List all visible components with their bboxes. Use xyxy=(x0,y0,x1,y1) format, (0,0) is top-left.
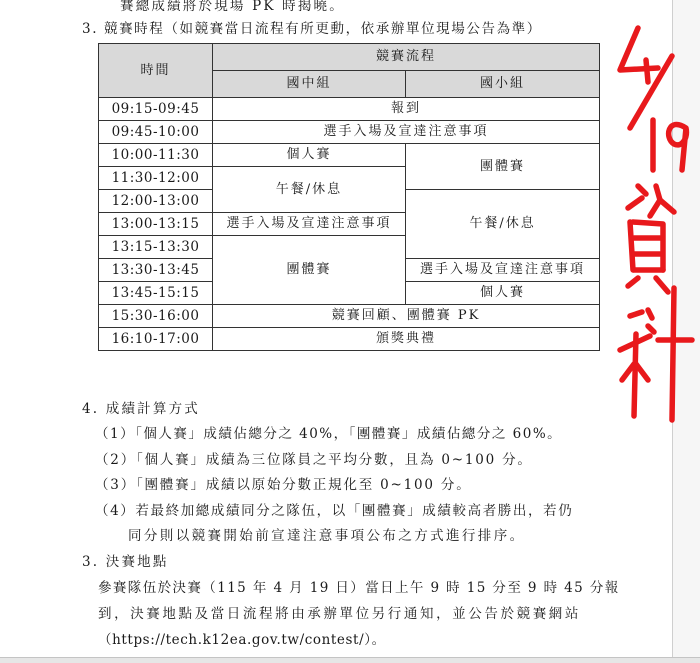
page-bottom-edge xyxy=(0,657,700,663)
jh-individual-cell: 個人賽 xyxy=(213,144,406,167)
time-cell: 11:30-12:00 xyxy=(99,167,213,190)
venue-line-1: 參賽隊伍於決賽（115 年 4 月 19 日）當日上午 9 時 15 分至 9 … xyxy=(98,579,620,597)
time-cell: 09:15-09:45 xyxy=(99,98,213,121)
schedule-table: 時間 競賽流程 國中組 國小組 09:15-09:45 報到 09:45-10:… xyxy=(98,43,600,351)
score-item-4-cont: 同分則以競賽開始前宣達注意事項公布之方式進行排序。 xyxy=(128,527,526,545)
score-item-4: （4）若最終加總成績同分之隊伍，以「團體賽」成績較高者勝出，若仍 xyxy=(95,502,573,520)
score-item-2: （2）「個人賽」成績為三位隊員之平均分數，且為 0~100 分。 xyxy=(95,451,533,469)
time-cell: 13:15-13:30 xyxy=(99,236,213,259)
time-cell: 13:45-15:15 xyxy=(99,282,213,305)
entrance-all-cell: 選手入場及宣達注意事項 xyxy=(213,121,600,144)
time-cell: 15:30-16:00 xyxy=(99,305,213,328)
time-cell: 12:00-13:00 xyxy=(99,190,213,213)
header-time: 時間 xyxy=(99,44,213,98)
header-flow: 競賽流程 xyxy=(213,44,600,71)
jh-team-cell: 團體賽 xyxy=(213,236,406,305)
venue-line-3: （https://tech.k12ea.gov.tw/contest/）。 xyxy=(98,631,386,649)
award-cell: 頒獎典禮 xyxy=(213,328,600,351)
review-cell: 競賽回顧、團體賽 PK xyxy=(213,305,600,328)
jh-lunch-cell: 午餐/休息 xyxy=(213,167,406,213)
el-entrance-cell: 選手入場及宣達注意事項 xyxy=(406,259,600,282)
el-team-cell: 團體賽 xyxy=(406,144,600,190)
venue-line-2: 到，決賽地點及當日流程將由承辦單位另行通知，並公告於競賽網站 xyxy=(98,605,581,623)
el-lunch-cell: 午餐/休息 xyxy=(406,190,600,259)
time-cell: 09:45-10:00 xyxy=(99,121,213,144)
jh-entrance-cell: 選手入場及宣達注意事項 xyxy=(213,213,406,236)
score-item-3: （3）「團體賽」成績以原始分數正規化至 0~100 分。 xyxy=(95,476,472,494)
time-cell: 10:00-11:30 xyxy=(99,144,213,167)
header-junior-high: 國中組 xyxy=(213,71,406,98)
document-page: 賽總成績將於現場 PK 時揭曉。 3. 競賽時程（如競賽當日流程有所更動，依承辦… xyxy=(0,0,672,657)
time-cell: 13:30-13:45 xyxy=(99,259,213,282)
checkin-cell: 報到 xyxy=(213,98,600,121)
score-item-1: （1）「個人賽」成績佔總分之 40%，「團體賽」成績佔總分之 60%。 xyxy=(95,425,562,443)
handwritten-annotation-icon xyxy=(608,20,698,440)
time-cell: 13:00-13:15 xyxy=(99,213,213,236)
el-individual-cell: 個人賽 xyxy=(406,282,600,305)
header-elementary: 國小組 xyxy=(406,71,600,98)
time-cell: 16:10-17:00 xyxy=(99,328,213,351)
venue-heading: 3. 決賽地點 xyxy=(82,553,169,571)
section4-heading: 4. 成績計算方式 xyxy=(82,400,200,418)
top-line: 賽總成績將於現場 PK 時揭曉。 xyxy=(120,0,345,15)
section3-heading: 3. 競賽時程（如競賽當日流程有所更動，依承辦單位現場公告為準） xyxy=(82,20,542,38)
